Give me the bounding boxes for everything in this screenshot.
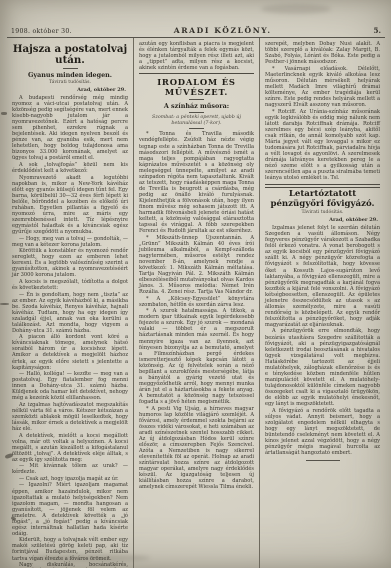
news-items: * Tonna és Travilla második vendégfellép… bbox=[139, 131, 254, 490]
paragraph: A pénzügyőrök erre elmondták, hogy bezár… bbox=[265, 328, 380, 407]
column-middle: azután egy konflisban a piacra is megjel… bbox=[133, 38, 259, 568]
newspaper-page: 1908. október 30. ARADI KÖZLÖNY. 5. Hajs… bbox=[0, 0, 391, 568]
paragraph: * A „Kölcsey-Egyesület” könyvtára szomba… bbox=[139, 296, 254, 308]
column-right: szerepét, melyben Dobay Nusi alakít. A t… bbox=[259, 38, 385, 568]
divider bbox=[189, 112, 204, 113]
paragraph: * A szurok hatalmassága. A titkok, a mod… bbox=[139, 308, 254, 405]
paragraph: A kocsis is megszólalt, tódította a dolg… bbox=[12, 279, 128, 291]
divider bbox=[189, 99, 204, 100]
paragraph: A budapesti rendőrség még mindig nyomoz … bbox=[12, 95, 128, 162]
article-headline: Hajsza a postatolvaj után. bbox=[12, 44, 128, 66]
paragraph: — Mit kívánnak tőlem az urak? — kérdezte… bbox=[12, 463, 128, 475]
section-header: IRODALOM ÉS MŰVÉSZET. bbox=[139, 73, 254, 97]
paragraph: * A pesti Vig Ujság, a hírneves magyar h… bbox=[139, 406, 254, 491]
paragraph: * Vasárnapi előadások. Délelőtt, Maeterl… bbox=[265, 66, 380, 108]
paragraph: * Mikszáth-ünnep Újszentannán. A „Grünn”… bbox=[139, 235, 254, 295]
paragraph: Az izgalmas hajtóvadászatot megszakítás … bbox=[12, 402, 128, 432]
paragraph: — Halló, kolléga! — kezdte — meg van a p… bbox=[12, 371, 128, 401]
paragraph: A sok „tolvajfogás” közül nem kis érdekl… bbox=[12, 162, 128, 174]
story-continuation: azután egy konflisban a piacra is megjel… bbox=[139, 41, 254, 71]
article-byline: Távirati tudósítás. bbox=[12, 80, 128, 85]
paragraph: A detektívek, mielőtt a kocsi megállott … bbox=[12, 433, 128, 463]
masthead-title: ARADI KÖZLÖNY. bbox=[174, 26, 272, 35]
paper-smudge bbox=[261, 4, 331, 14]
article-subhead: Gyanus minden idegen. bbox=[12, 71, 128, 79]
paragraph: Kiderült, hogy a tolvajnak vélt ember eg… bbox=[12, 537, 128, 561]
paragraph: — Hogy, meg van a tolvaj — gondolták, — … bbox=[12, 236, 128, 248]
paragraph: Köröttük a konstábler és nyomozó rendőr … bbox=[12, 248, 128, 278]
page-number: 5. bbox=[373, 26, 381, 35]
paragraph: A piacon álló kordont vont köré a kívánc… bbox=[12, 334, 128, 370]
paragraph: Izgalmas jelenet folyt le szerdán délutá… bbox=[265, 225, 380, 328]
paragraph: * Rotciff. Az Uránia-színház műsorának e… bbox=[265, 109, 380, 182]
end-divider bbox=[306, 460, 340, 461]
paragraph: * Tonna és Travilla második vendégfellép… bbox=[139, 131, 254, 234]
theatre-schedule: Szombat: a pénteki operett, ujabb új bet… bbox=[139, 115, 254, 126]
divider bbox=[63, 68, 78, 69]
paragraph: Nyomravezető akadt a legutóbbi napokban … bbox=[12, 175, 128, 235]
divider bbox=[189, 128, 204, 129]
article-dateline: Arad, október 29. bbox=[265, 217, 378, 223]
article-dateline: Arad, október 29. bbox=[12, 87, 126, 93]
paragraph: — Igazolni? Miért igazoljam magamat éppe… bbox=[12, 482, 128, 536]
column-left: Hajsza a postatolvaj után. Gyanus minden… bbox=[7, 38, 133, 568]
article-headline: Letartóztatott pénzügyőri fővigyázó. bbox=[265, 190, 380, 209]
issue-date: 1908. október 30. bbox=[11, 28, 72, 35]
article-byline: Távirati tudósítás. bbox=[265, 210, 380, 215]
article-body: Izgalmas jelenet folyt le szerdán délutá… bbox=[265, 225, 380, 456]
story-continuation: szerepét, melyben Dobay Nusi alakít. A t… bbox=[265, 41, 380, 65]
section-subhead: A színház műsora: bbox=[139, 102, 254, 110]
section-divider bbox=[265, 184, 380, 188]
running-head: 1908. október 30. ARADI KÖZLÖNY. 5. bbox=[7, 26, 385, 37]
paragraph: A fővigyázó a rendőrök előtt tagadta a s… bbox=[265, 408, 380, 456]
paragraph: — Én is gondoltam, hogy nem „tiszta” az … bbox=[12, 292, 128, 334]
article-body: A budapesti rendőrség még mindig nyomoz … bbox=[12, 95, 128, 568]
column-layout: Hajsza a postatolvaj után. Gyanus minden… bbox=[7, 38, 385, 568]
news-items: * Vasárnapi előadások. Délelőtt, Maeterl… bbox=[265, 66, 380, 181]
paragraph: Nagy diskurálás, bocsánatkérés, hajlongá… bbox=[12, 562, 128, 568]
